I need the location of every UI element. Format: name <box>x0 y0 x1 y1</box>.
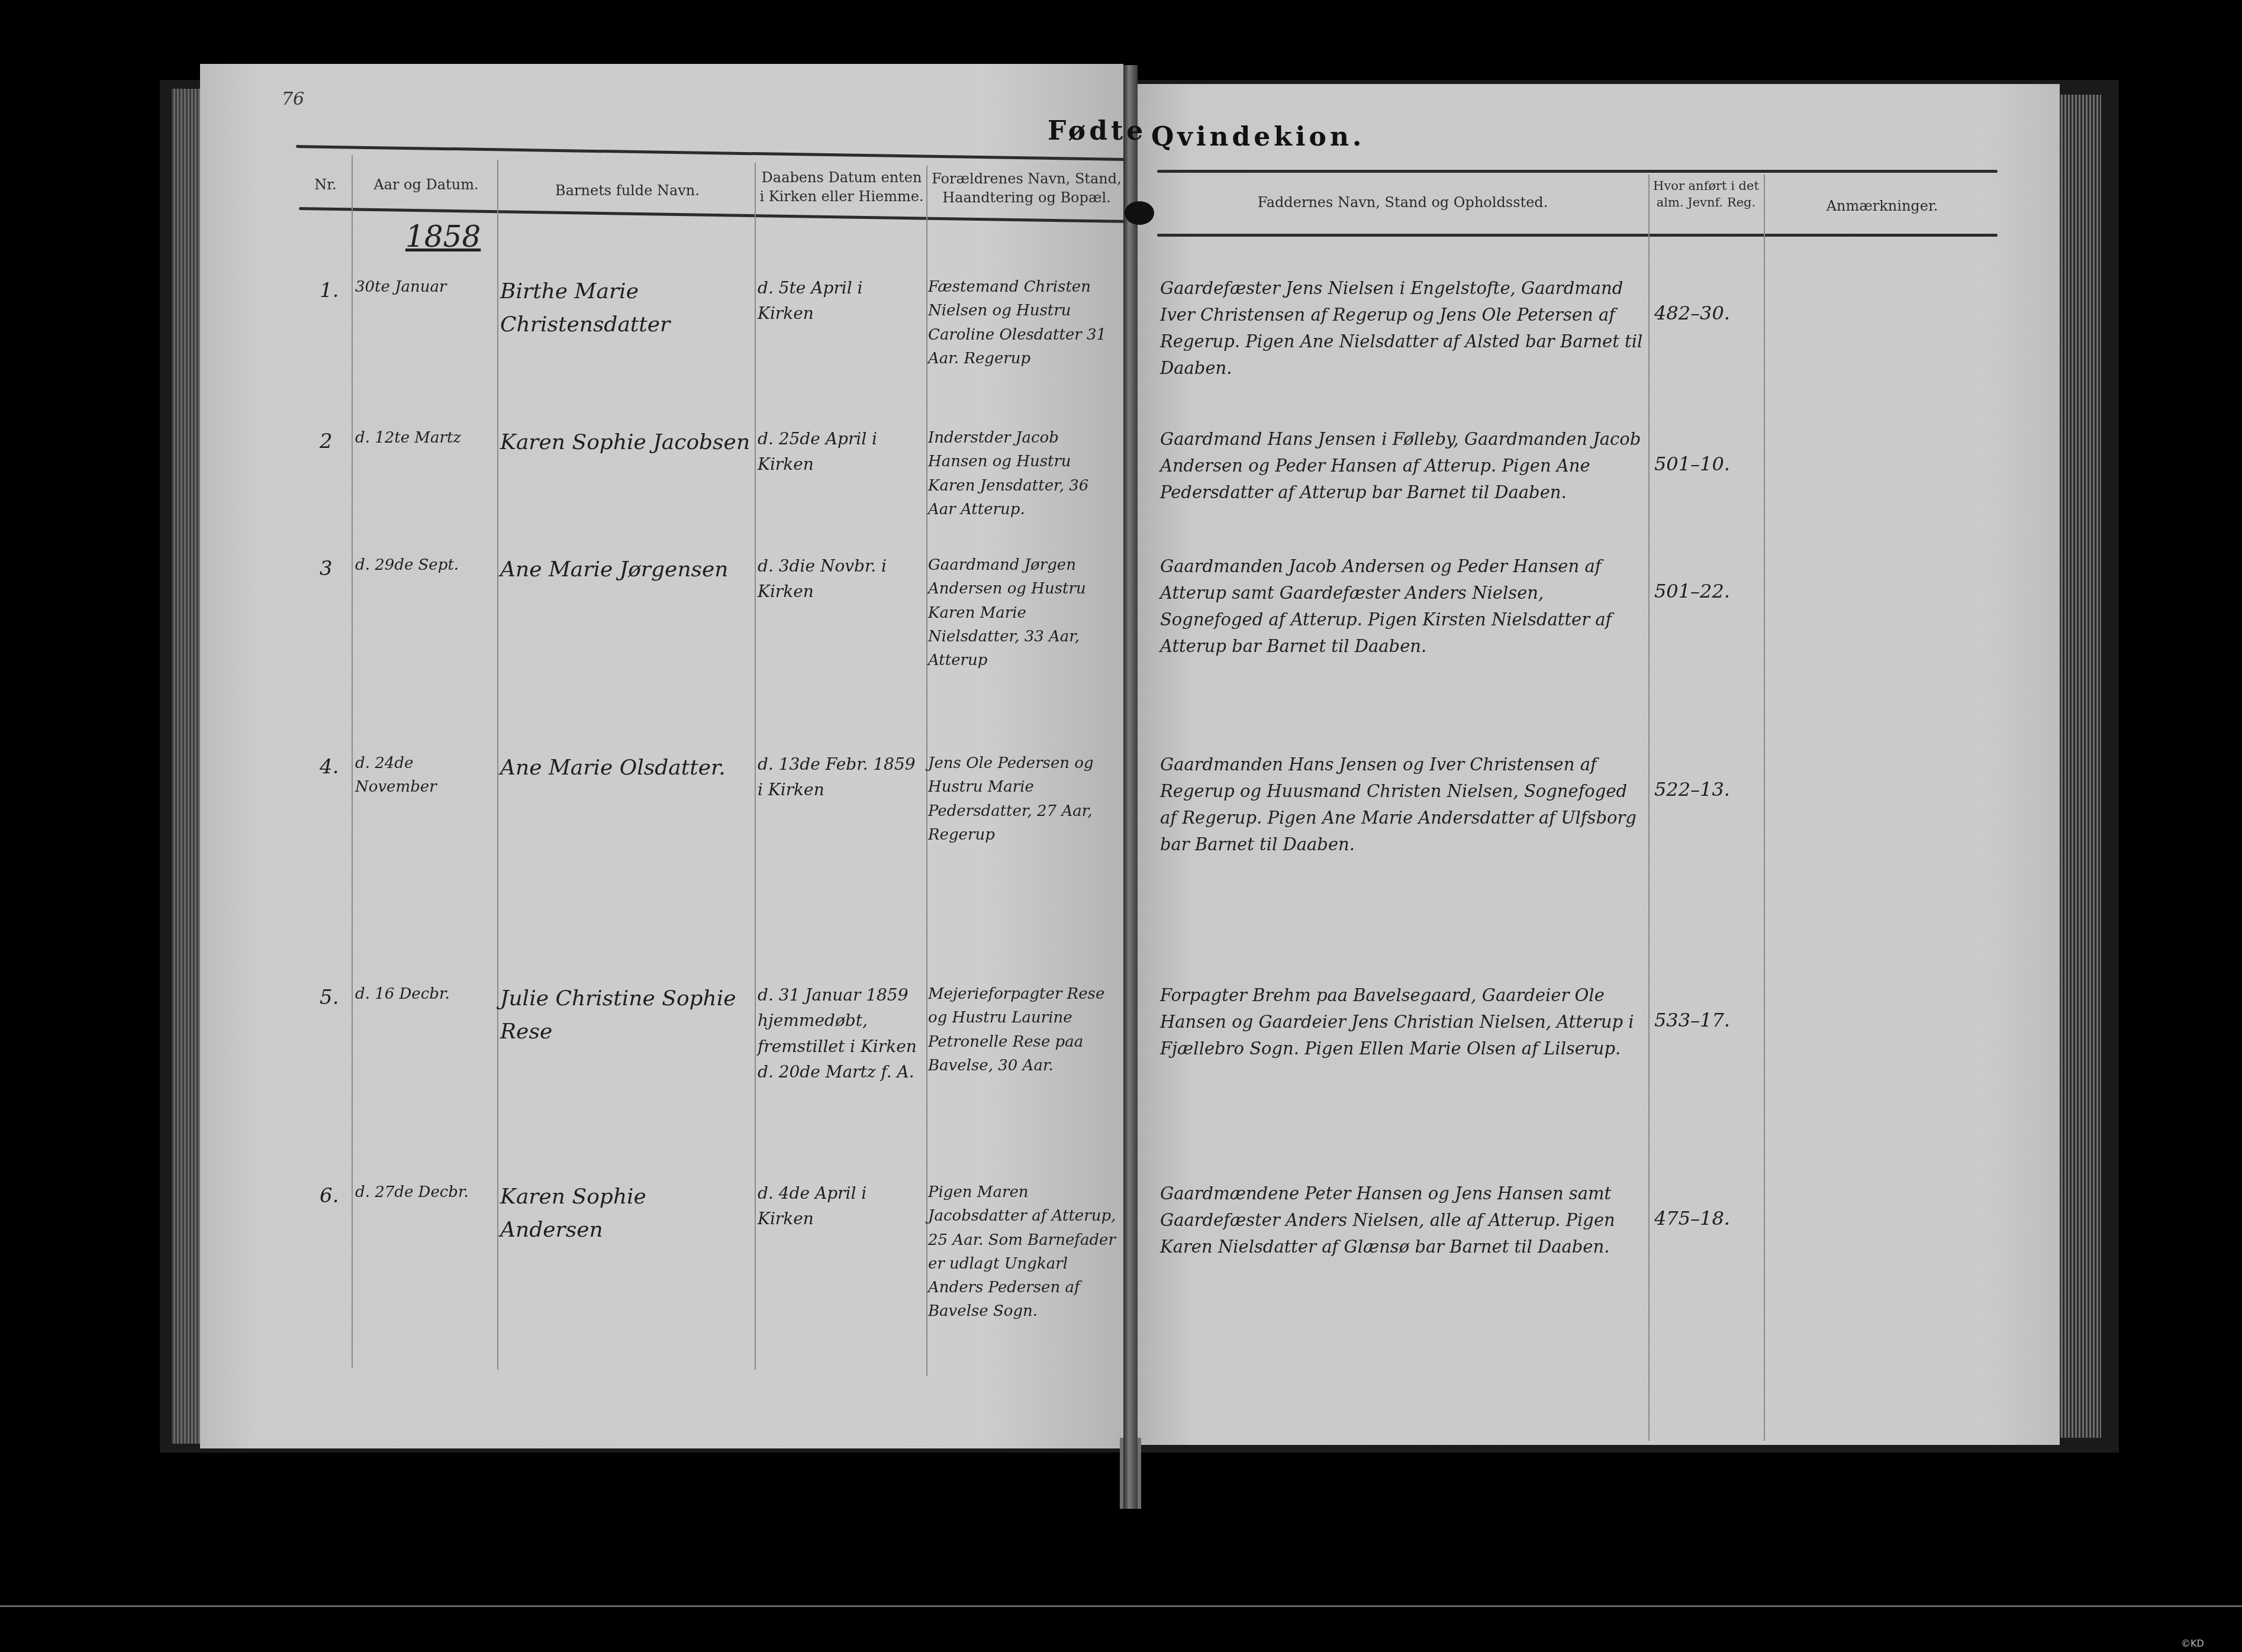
archive-watermark: ©KD <box>2181 1638 2204 1649</box>
left-page-edges <box>172 89 200 1444</box>
col-line <box>926 166 927 1376</box>
entry-child-name: Julie Christine Sophie Rese <box>500 982 752 1048</box>
entry-nr: 4. <box>320 751 349 783</box>
header-date: Aar og Datum. <box>355 175 497 194</box>
entry-nr: 2 <box>320 426 349 457</box>
entry-register: 533–17. <box>1654 1006 1761 1035</box>
header-baptism: Daabens Datum enten i Kirken eller Hiemm… <box>759 168 924 206</box>
entry-date: d. 24de November <box>355 751 494 799</box>
header-top-rule-right <box>1157 170 1998 173</box>
header-parents: Forældrenes Navn, Stand, Haandtering og … <box>930 169 1123 208</box>
entry-date: 30te Januar <box>355 275 494 299</box>
entry-date: d. 12te Martz <box>355 426 494 450</box>
entry-godparents: Gaardmanden Hans Jensen og Iver Christen… <box>1160 751 1645 858</box>
entry-register: 501–10. <box>1654 450 1761 479</box>
book-spine <box>1123 65 1138 1509</box>
entry-date: d. 29de Sept. <box>355 553 494 577</box>
entry-godparents: Gaardmand Hans Jensen i Følleby, Gaardma… <box>1160 426 1645 506</box>
header-bottom-rule-right <box>1157 234 1998 237</box>
header-godparents: Faddernes Navn, Stand og Opholdssted. <box>1160 193 1645 212</box>
entry-parents: Gaardmand Jørgen Andersen og Hustru Kare… <box>928 553 1120 672</box>
entry-nr: 1. <box>320 275 349 306</box>
entry-child-name: Karen Sophie Andersen <box>500 1180 752 1247</box>
entry-godparents: Forpagter Brehm paa Bavelsegaard, Gaarde… <box>1160 982 1645 1062</box>
entry-child-name: Ane Marie Jørgensen <box>500 553 752 586</box>
binding-clasp <box>1125 201 1154 225</box>
entry-godparents: Gaardmændene Peter Hansen og Jens Hansen… <box>1160 1180 1645 1260</box>
entry-child-name: Ane Marie Olsdatter. <box>500 751 752 785</box>
page-number: 76 <box>282 89 304 109</box>
year-label: 1858 <box>405 214 481 260</box>
entry-register: 475–18. <box>1654 1204 1761 1234</box>
header-remarks: Anmærkninger. <box>1770 196 1995 215</box>
entry-date: d. 16 Decbr. <box>355 982 494 1006</box>
col-line <box>755 163 756 1370</box>
entry-child-name: Birthe Marie Christensdatter <box>500 275 752 341</box>
title-right: Qvindekion. <box>1151 122 1365 152</box>
entry-parents: Jens Ole Pedersen og Hustru Marie Peders… <box>928 751 1120 847</box>
entry-baptism: d. 25de April i Kirken <box>758 426 923 477</box>
col-line <box>497 160 498 1370</box>
entry-godparents: Gaardmanden Jacob Andersen og Peder Hans… <box>1160 553 1645 660</box>
entry-parents: Pigen Maren Jacobsdatter af Atterup, 25 … <box>928 1180 1120 1324</box>
entry-godparents: Gaardefæster Jens Nielsen i Engelstofte,… <box>1160 275 1645 382</box>
entry-register: 501–22. <box>1654 577 1761 606</box>
entry-register: 482–30. <box>1654 299 1761 328</box>
right-page-edges <box>2054 95 2101 1438</box>
entry-nr: 5. <box>320 982 349 1014</box>
entry-register: 522–13. <box>1654 775 1761 805</box>
entry-nr: 3 <box>320 553 349 585</box>
col-line <box>352 155 353 1368</box>
entry-parents: Mejerieforpagter Rese og Hustru Laurine … <box>928 982 1120 1077</box>
title-left: Fødte <box>1048 116 1146 146</box>
entry-baptism: d. 3die Novbr. i Kirken <box>758 553 923 605</box>
header-register: Hvor anført i det alm. Jevnf. Reg. <box>1651 178 1761 211</box>
entry-nr: 6. <box>320 1180 349 1212</box>
col-line <box>1648 175 1650 1441</box>
entry-child-name: Karen Sophie Jacobsen <box>500 426 752 459</box>
col-line <box>1764 175 1765 1441</box>
entry-parents: Inderstder Jacob Hansen og Hustru Karen … <box>928 426 1120 521</box>
entry-baptism: d. 13de Febr. 1859 i Kirken <box>758 751 923 803</box>
entry-baptism: d. 4de April i Kirken <box>758 1180 923 1232</box>
film-rule <box>0 1605 2242 1607</box>
header-nr: Nr. <box>308 175 343 194</box>
header-child-name: Barnets fulde Navn. <box>503 181 752 200</box>
entry-date: d. 27de Decbr. <box>355 1180 494 1204</box>
entry-baptism: d. 31 Januar 1859 hjemmedøbt, fremstille… <box>758 982 923 1085</box>
entry-baptism: d. 5te April i Kirken <box>758 275 923 327</box>
entry-parents: Fæstemand Christen Nielsen og Hustru Car… <box>928 275 1120 370</box>
